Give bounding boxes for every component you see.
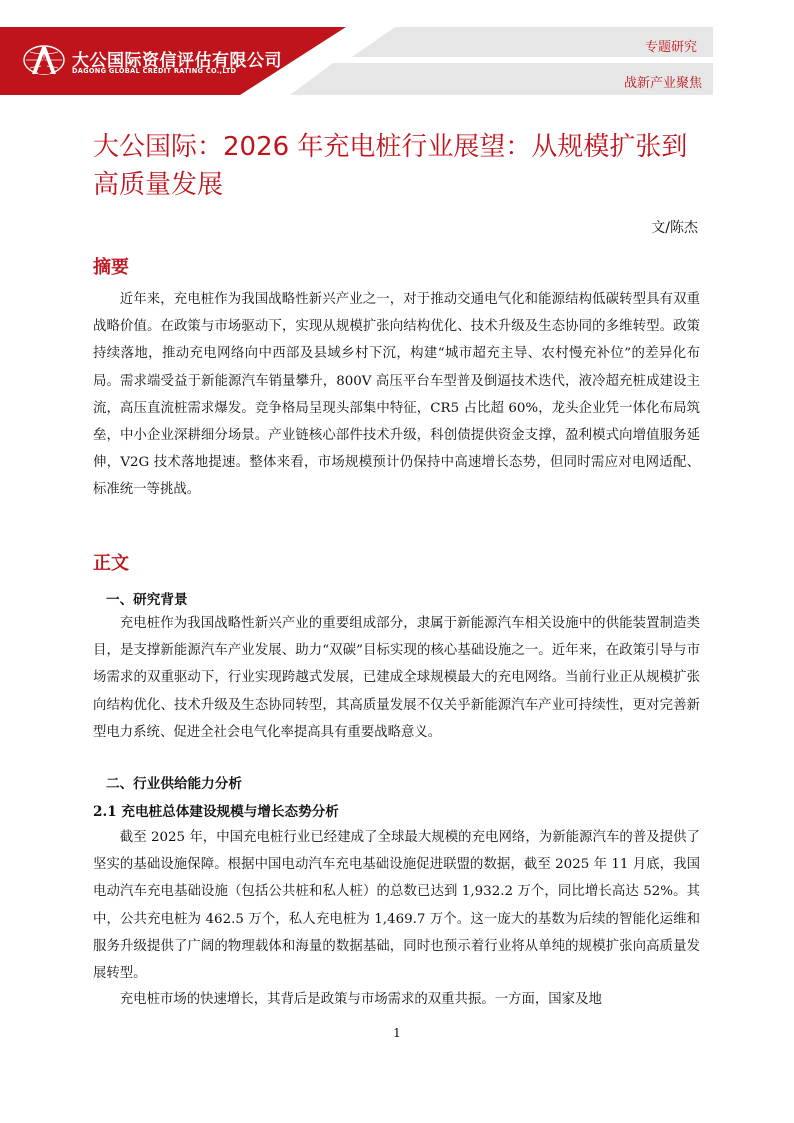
tag-special-research: 专题研究 bbox=[645, 36, 697, 55]
dagong-globe-logo-icon bbox=[22, 44, 66, 76]
subsection-2-1-heading: 2.1 充电桩总体建设规模与增长态势分析 bbox=[93, 800, 339, 820]
page-number: 1 bbox=[0, 1026, 794, 1040]
section-1-heading: 一、研究背景 bbox=[106, 588, 188, 608]
body-heading: 正文 bbox=[93, 549, 129, 575]
section-2-heading: 二、行业供给能力分析 bbox=[106, 772, 242, 792]
author-byline: 文/陈杰 bbox=[651, 217, 698, 237]
subsection-2-1-paragraph-1: 截至 2025 年，中国充电桩行业已经建成了全球最大规模的充电网络，为新能源汽车… bbox=[93, 824, 700, 987]
abstract-heading: 摘要 bbox=[93, 253, 129, 279]
tag-emerging-industry-focus: 战新产业聚焦 bbox=[624, 72, 702, 91]
abstract-paragraph: 近年来，充电桩作为我国战略性新兴产业之一，对于推动交通电气化和能源结构低碳转型具… bbox=[93, 286, 700, 504]
document-title: 大公国际：2026 年充电桩行业展望：从规模扩张到高质量发展 bbox=[93, 128, 713, 204]
subsection-2-1-paragraph-2: 充电桩市场的快速增长，其背后是政策与市场需求的双重共振。一方面，国家及地 bbox=[93, 986, 700, 1013]
company-name-en: DAGONG GLOBAL CREDIT RATING CO.,LTD bbox=[72, 67, 236, 75]
page-header: 大公国际资信评估有限公司 DAGONG GLOBAL CREDIT RATING… bbox=[0, 0, 794, 100]
section-1-paragraph: 充电桩作为我国战略性新兴产业的重要组成部分，隶属于新能源汽车相关设施中的供能装置… bbox=[93, 610, 700, 746]
